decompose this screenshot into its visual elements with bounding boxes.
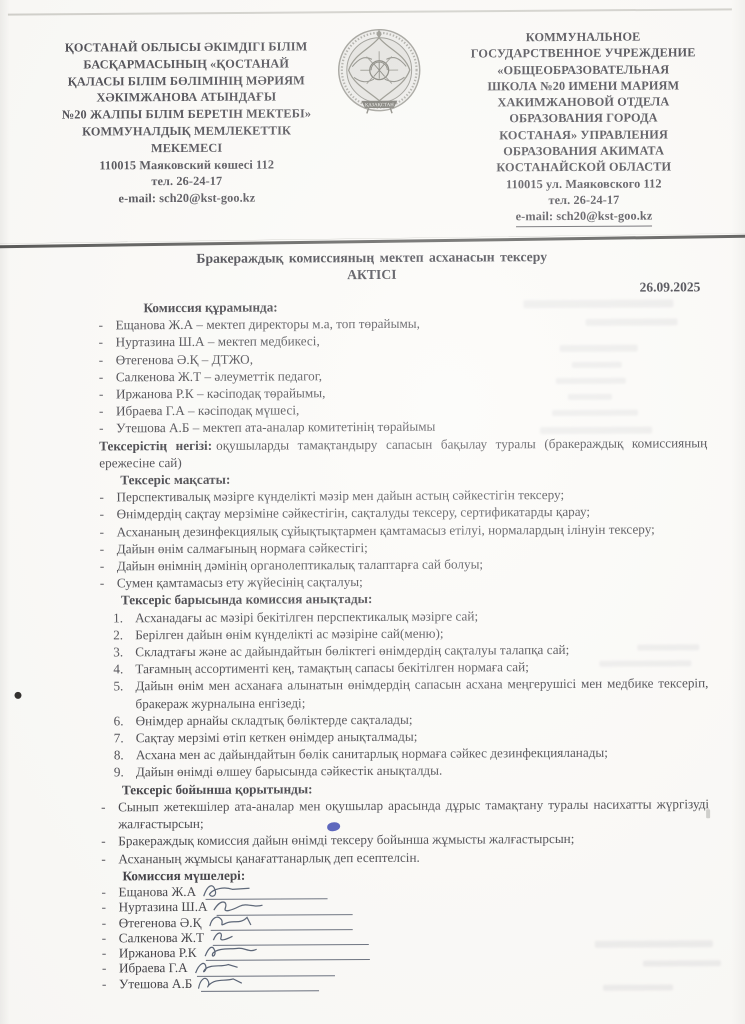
purpose-list: Перспективалық мәзірге күнделікті мәзір … [99, 485, 708, 591]
phone-line: тел. 26-24-17 [35, 173, 339, 191]
email-underlined: e-mail: sch20@kst-goo.kz [516, 208, 653, 227]
org-name-line: «ОБЩЕОБРАЗОВАТЕЛЬНАЯ [436, 61, 730, 79]
org-name-line: ҚАЛАСЫ БІЛІМ БӨЛІМІНІҢ МӘРИЯМ [34, 72, 338, 90]
scan-edge-line [8, 8, 732, 15]
header-right-russian: КОММУНАЛЬНОЕ ГОСУДАРСТВЕННОЕ УЧРЕЖДЕНИЕ … [436, 28, 731, 227]
org-name-line: КОММУНАЛЬНОЕ [436, 28, 730, 46]
org-name-line: ОБРАЗОВАНИЯ ГОРОДА [436, 110, 730, 128]
emblem-banner-text: ҚАЗАҚСТАН [365, 103, 394, 108]
signatures-list: Ещанова Ж.А Нуртазина Ш.А Өтегенова Ә.Қ [101, 882, 710, 992]
document-title-act: АКТІСІ [0, 265, 744, 285]
basis-paragraph: Тексерістің негізі:оқушыларды тамақтанды… [99, 434, 707, 472]
finding-text: Дайын өнім мен асханаға алынатын өнімдер… [135, 675, 708, 712]
finding-text: Дайын өнімді өлшеу барысында сәйкестік а… [136, 761, 709, 781]
emblem-svg: ҚАЗАҚСТАН [334, 24, 425, 120]
list-item: Сумен қамтамасыз ету жүйесінің сақталуы; [100, 571, 708, 591]
numbered-item: Дайын өнімді өлшеу барысында сәйкестік а… [114, 761, 709, 781]
org-name-line: ГОСУДАРСТВЕННОЕ УЧРЕЖДЕНИЕ [436, 44, 730, 62]
header-divider-rule [0, 235, 745, 248]
list-item: Сынып жетекшілер ата-аналар мен оқушылар… [101, 795, 709, 833]
org-name-line: №20 ЖАЛПЫ БІЛІМ БЕРЕТІН МЕКТЕБІ» [34, 105, 338, 123]
list-item: Асхананың жұмысы қанағаттанарлық деп есе… [101, 847, 709, 867]
org-name-line: ОБРАЗОВАНИЯ АКИМАТА [437, 142, 731, 160]
conclusion-text: Сынып жетекшілер ата-аналар мен оқушылар… [118, 795, 709, 833]
conclusion-text: Асхананың жұмысы қанағаттанарлық деп есе… [118, 847, 709, 867]
document-body: Комиссия құрамында: Ещанова Ж.А – мектеп… [98, 296, 710, 992]
org-name-line: ХӘКІМЖАНОВА АТЫНДАҒЫ [34, 89, 338, 107]
signature-line [201, 977, 319, 992]
conclusion-list: Сынып жетекшілер ата-аналар мен оқушылар… [101, 795, 709, 867]
signature-scribble [195, 973, 247, 994]
header-left-kazakh: ҚОСТАНАЙ ОБЛЫСЫ ӘКІМДІГІ БІЛІМ БАСҚАРМАС… [34, 38, 339, 208]
email-line: e-mail: sch20@kst-goo.kz [35, 189, 339, 207]
kazakhstan-state-emblem-icon: ҚАЗАҚСТАН [334, 24, 425, 120]
address-line: 110015 ул. Маяковского 112 [437, 175, 731, 193]
basis-label: Тексерістің негізі: [99, 437, 212, 453]
org-name-line: ҚОСТАНАЙ ОБЛЫСЫ ӘКІМДІГІ БІЛІМ [34, 38, 338, 56]
phone-line: тел. 26-24-17 [437, 191, 731, 209]
title-block: Бракераждық комиссияның мектеп асханасын… [0, 248, 744, 285]
org-name-line: КОСТАНАЯ» УПРАВЛЕНИЯ [437, 126, 731, 144]
org-name-line: КОММУНАЛДЫҚ МЕМЛЕКЕТТІК [34, 122, 338, 140]
commission-members-list: Ещанова Ж.А – мектеп директоры м.а, топ … [99, 313, 708, 437]
scan-speck [14, 692, 21, 699]
purpose-item: Сумен қамтамасыз ету жүйесінің сақталуы; [117, 571, 708, 591]
scanned-document-page: ҚОСТАНАЙ ОБЛЫСЫ ӘКІМДІГІ БІЛІМ БАСҚАРМАС… [0, 0, 745, 1024]
email-line: e-mail: sch20@kst-goo.kz [437, 207, 731, 227]
org-name-line: МЕКЕМЕСІ [35, 139, 339, 157]
numbered-item: Дайын өнім мен асханаға алынатын өнімдер… [113, 675, 708, 713]
findings-list: Асханадағы ас мәзірі бекітілген перспект… [113, 606, 709, 781]
org-name-line: БАСҚАРМАСЫНЫҢ «ҚОСТАНАЙ [34, 55, 338, 73]
org-name-line: ШКОЛА №20 ИМЕНИ МАРИЯМ [436, 77, 730, 95]
document-date: 26.09.2025 [640, 279, 701, 295]
document-sheet: ҚОСТАНАЙ ОБЛЫСЫ ӘКІМДІГІ БІЛІМ БАСҚАРМАС… [0, 0, 745, 1024]
org-name-line: КОСТАНАЙСКОЙ ОБЛАСТИ [437, 158, 731, 176]
signer-name: Утешова А.Б [119, 975, 192, 993]
address-line: 110015 Маяковский көшесі 112 [35, 156, 339, 174]
org-name-line: ХАКИМЖАНОВОЙ ОТДЕЛА [436, 93, 730, 111]
